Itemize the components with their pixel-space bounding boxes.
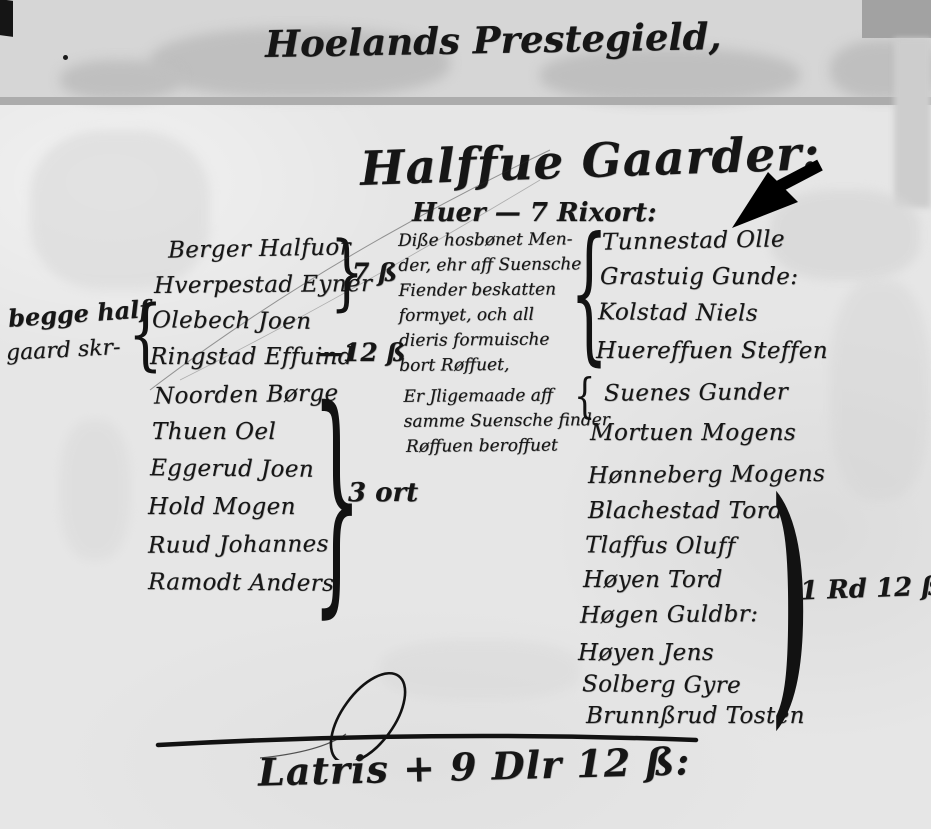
left-column-name: Eggerud Joen [150, 457, 314, 481]
bleedthrough-smudge [830, 280, 930, 500]
middle-note-line: Røffuen beroffuet [406, 437, 610, 456]
arrow-annotation-icon [712, 158, 842, 242]
scan-blob [60, 60, 180, 100]
right-column-name: Mortuen Mogens [590, 422, 796, 445]
right-column-name: Tlaffus Oluff [585, 534, 736, 558]
scan-divider-band [0, 97, 931, 105]
manuscript-page: Hoelands Prestegield, Halffue Gaarder: H… [0, 0, 931, 829]
bleedthrough-smudge [60, 420, 130, 560]
left-column-name: Ramodt Anders [148, 571, 334, 596]
left-bracket-main-amount: 3 ort [348, 480, 418, 506]
scan-dot [63, 55, 68, 60]
left-column-name: Thuen Oel [152, 421, 276, 444]
scan-edge-gray [894, 38, 931, 208]
scan-corner-mark [0, 0, 13, 37]
right-column-name: Grastuig Gunde: [600, 266, 798, 289]
right-column-name: Blachestad Tord [588, 500, 783, 523]
pen-flourish-line [140, 140, 560, 400]
page-total: Latris + 9 Dlr 12 ß: [258, 742, 691, 791]
right-column-name: Høyen Tord [583, 569, 723, 592]
left-column-name: Ruud Johannes [148, 533, 329, 558]
right-column-name: Høgen Guldbr: [580, 603, 758, 628]
right-column-name: Suenes Gunder [604, 381, 788, 406]
right-total-amount: 1 Rd 12 ß [800, 574, 931, 605]
right-bracket-small: { [574, 372, 595, 420]
right-column-name: Kolstad Niels [598, 301, 758, 325]
page-title: Hoelands Prestegield, [265, 18, 722, 63]
left-column-name: Hold Mogen [148, 496, 296, 519]
margin-note-line2: gaard skr- [6, 337, 121, 365]
scan-corner-gray [862, 0, 931, 38]
right-column-name: Høyen Jens [578, 642, 714, 665]
right-column-name: Huereffuen Steffen [596, 340, 828, 363]
